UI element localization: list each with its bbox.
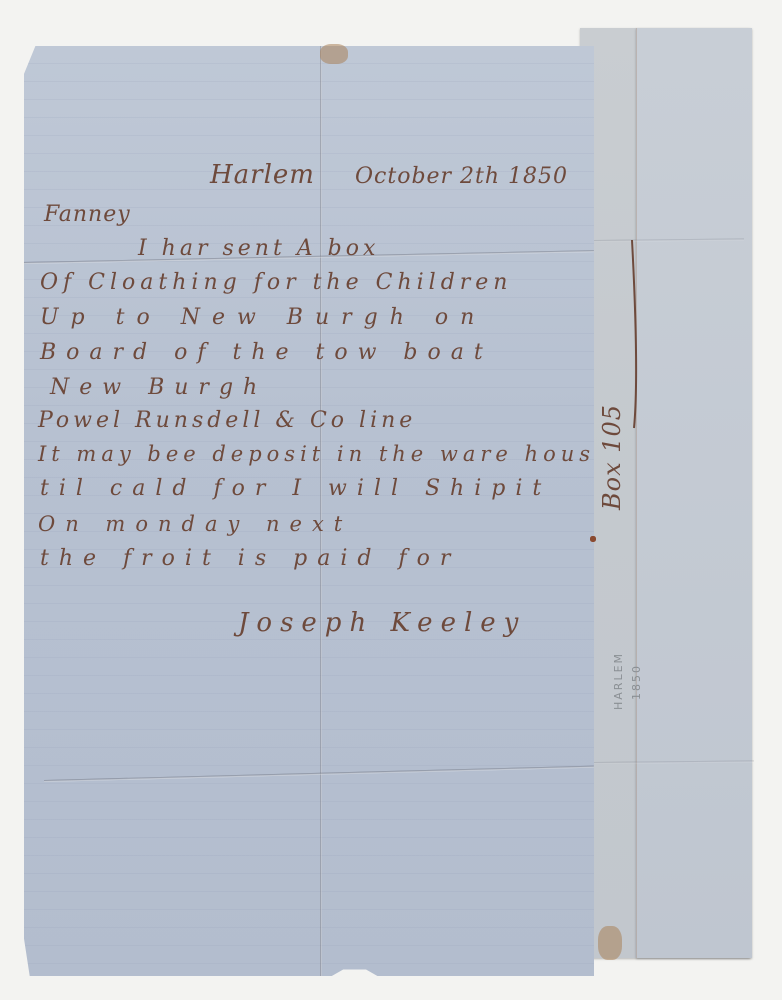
docket-flourish-line xyxy=(612,236,652,436)
vertical-fold-center xyxy=(320,46,322,976)
vertical-fold-right-panel xyxy=(636,28,637,958)
body-line: Up to New Burgh on xyxy=(40,305,486,330)
body-line: Board of the tow boat xyxy=(40,340,493,365)
salutation: Fanney xyxy=(44,202,131,227)
pencil-note-place: HARLEM xyxy=(612,652,625,710)
stain-bottom-right xyxy=(598,926,622,960)
body-line: On monday next xyxy=(38,512,352,536)
letter-heading-date: October 2th 1850 xyxy=(355,164,568,189)
stain-top xyxy=(320,44,348,64)
ink-blot xyxy=(590,536,596,542)
body-line: Powel Runsdell & Co line xyxy=(38,408,416,433)
body-line: til cald for I will Shipit xyxy=(40,476,551,501)
body-line: Of Cloathing for the Children xyxy=(40,270,512,295)
body-line: the froit is paid for xyxy=(40,546,460,571)
pencil-note-year: 1850 xyxy=(630,664,643,700)
body-line: I har sent A box xyxy=(138,236,379,261)
folded-outer-panel xyxy=(636,28,752,958)
letter-heading-place: Harlem xyxy=(210,160,315,190)
body-line: New Burgh xyxy=(50,375,267,400)
signature: Joseph Keeley xyxy=(238,608,526,638)
body-line: It may bee deposit in the ware hous xyxy=(38,442,595,466)
